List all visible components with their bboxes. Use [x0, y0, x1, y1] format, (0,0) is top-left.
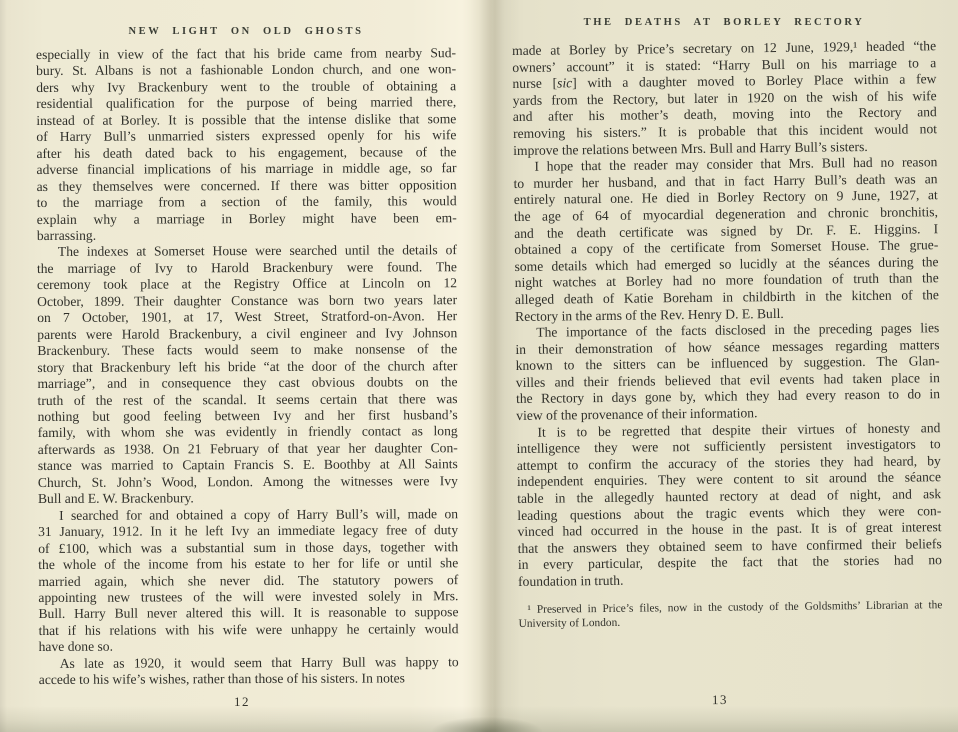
- text-line: that if his relations with his wife were…: [39, 621, 459, 639]
- paragraph: made at Borley by Price’s secretary on 1…: [512, 38, 937, 159]
- bottom-edge-shadow: [0, 706, 958, 732]
- text-line: explain why a marriage in Borley might h…: [37, 210, 457, 228]
- text-line: marriage”, and in consequence they cast …: [37, 374, 457, 392]
- text-line: the whole of the income from his estate …: [38, 555, 458, 573]
- text-line: to the marriage from a section of the fa…: [37, 193, 457, 211]
- text-line: story that Brackenbury left his bride “a…: [37, 358, 457, 376]
- text-line: parents were Harold Brackenbury, a civil…: [37, 325, 457, 343]
- text-line: bury. St. Albans is not a fashionable Lo…: [36, 62, 456, 80]
- left-running-header: NEW LIGHT ON OLD GHOSTS: [36, 26, 456, 37]
- book-scan-spread: NEW LIGHT ON OLD GHOSTS THE DEATHS AT BO…: [0, 0, 958, 732]
- text-line: ceremony took place at the Registry Offi…: [37, 276, 457, 294]
- footnote: ¹ Preserved in Price’s files, now in the…: [518, 599, 942, 632]
- text-line: accede to his wife’s wishes, rather than…: [39, 670, 459, 688]
- text-line: The indexes at Somerset House were searc…: [37, 243, 457, 261]
- text-line: Church, St. John’s Wood, London. Among t…: [38, 473, 458, 491]
- paragraph: I searched for and obtained a copy of Ha…: [38, 506, 459, 656]
- text-line: I searched for and obtained a copy of Ha…: [38, 506, 458, 524]
- right-page-number: 13: [698, 692, 742, 708]
- right-page-body-text: made at Borley by Price’s secretary on 1…: [512, 38, 943, 631]
- text-line: As late as 1920, it would seem that Harr…: [39, 654, 459, 672]
- left-page-body-text: especially in view of the fact that his …: [36, 45, 459, 688]
- text-line: appointing new trustees of the will were…: [38, 588, 458, 606]
- text-line: ders why Ivy Brackenbury went to the tro…: [36, 78, 456, 96]
- paragraph: The importance of the facts disclosed in…: [515, 320, 940, 424]
- text-line: afterwards as 1938. On 21 February of th…: [38, 440, 458, 458]
- text-line: nothing but good feeling between Ivy and…: [38, 407, 458, 425]
- text-line: have done so.: [39, 637, 459, 655]
- text-line: Brackenbury. These facts would seem to m…: [37, 341, 457, 359]
- paragraph: especially in view of the fact that his …: [36, 45, 457, 244]
- text-line: of £100, which was a substantial sum in …: [38, 539, 458, 557]
- paragraph: As late as 1920, it would seem that Harr…: [39, 654, 459, 689]
- text-line: as they themselves were concerned. If th…: [37, 177, 457, 195]
- text-line: especially in view of the fact that his …: [36, 45, 456, 63]
- text-line: after his death dated back to his engage…: [36, 144, 456, 162]
- text-line: 31 January, 1912. In it he left Ivy an i…: [38, 522, 458, 540]
- text-line: Bull. Harry Bull never altered this will…: [38, 605, 458, 623]
- text-line: stance was married to Captain Francis S.…: [38, 456, 458, 474]
- text-line: barrassing.: [37, 226, 457, 244]
- paragraph: It is to be regretted that despite their…: [516, 420, 942, 591]
- paragraph: The indexes at Somerset House were searc…: [37, 243, 458, 508]
- text-line: married again, which she never did. The …: [38, 572, 458, 590]
- right-page-paragraphs: made at Borley by Price’s secretary on 1…: [512, 38, 942, 590]
- paragraph: I hope that the reader may consider that…: [513, 154, 939, 325]
- text-line: foundation in truth.: [518, 569, 942, 590]
- text-line: Bull and E. W. Brackenbury.: [38, 489, 458, 507]
- text-line: residential qualification for the purpos…: [36, 95, 456, 113]
- text-line: of Harry Bull’s unmarried sisters expres…: [36, 127, 456, 145]
- text-line: on 7 October, 1901, at 17, West Street, …: [37, 308, 457, 326]
- text-line: the marriage of Ivy to Harold Brackenbur…: [37, 259, 457, 277]
- left-page-number: 12: [220, 694, 264, 710]
- text-line: October, 1899. Their daughter Constance …: [37, 292, 457, 310]
- paragraph: ¹ Preserved in Price’s files, now in the…: [518, 599, 942, 632]
- text-line: truth of the rest of the scandal. It see…: [38, 391, 458, 409]
- text-line: family, with whom she was evidently in f…: [38, 424, 458, 442]
- text-line: adverse financial implications of his ma…: [37, 160, 457, 178]
- text-line: instead of at Borley. It is possible tha…: [36, 111, 456, 129]
- right-running-header: THE DEATHS AT BORLEY RECTORY: [512, 17, 936, 28]
